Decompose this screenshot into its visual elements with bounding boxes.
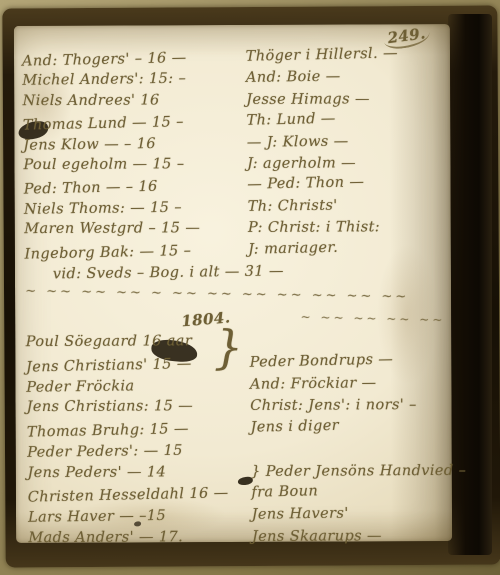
entry-reference: Th: Christs' [248, 194, 447, 218]
entry-name-age: Jens Peders' — 14 [27, 462, 251, 484]
entry-name-age: Jens Christians' 15 — [26, 352, 250, 378]
entry-reference: — Ped: Thon — [247, 171, 446, 196]
squiggle-marks: ~ ~~ ~~ ~~ ~~ [230, 305, 447, 332]
register-section-1804: 1804. ~ ~~ ~~ ~~ ~~ } Poul Söegaard 16 a… [25, 306, 450, 551]
entry-reference: fra Boun [251, 479, 450, 504]
entry-name-age: Niels Andrees' 16 [23, 90, 247, 112]
entry-name-age: And: Thogers' – 16 — [22, 47, 246, 73]
entry-reference: And: Fröckiar — [250, 372, 449, 396]
entry-name-age: Thomas Bruhg: 15 — [27, 418, 251, 444]
register-row: Mads Anders' — 17. Jens Skaarups — [28, 526, 450, 550]
entry-reference: Jens Havers' [252, 502, 451, 526]
entry-reference: Thöger i Hillersl. — [245, 42, 444, 67]
entry-reference: Th: Lund — [246, 107, 445, 132]
entry-name-age: Maren Westgrd – 15 — [24, 218, 248, 240]
entry-name-age: Poul egeholm — 15 – [23, 154, 247, 176]
entry-reference: — J: Klows — [247, 130, 446, 154]
entry-name-age: Mads Anders' — 17. [28, 527, 252, 549]
entry-name-age: Ingeborg Bak: — 15 – [24, 239, 248, 265]
entry-reference: Peder Bondrups — [249, 348, 448, 373]
entry-name-age: Jens Christians: 15 — [27, 396, 251, 418]
entry-reference: Jens Skaarups — [252, 526, 450, 548]
manuscript-page: 249. And: Thogers' – 16 — Thöger i Hille… [14, 24, 452, 543]
entry-name-age: Poul Söegaard 16 aar [26, 331, 250, 353]
entry-reference: Jens i diger [250, 413, 449, 438]
manuscript-photo: 249. And: Thogers' – 16 — Thöger i Hille… [0, 0, 500, 575]
entry-reference [249, 330, 447, 331]
entry-reference: J: mariager. [248, 235, 447, 260]
page-content: 249. And: Thogers' – 16 — Thöger i Hille… [22, 26, 451, 542]
entry-name-age: Lars Haver — –15 [28, 505, 252, 529]
entry-reference: And: Boie — [246, 66, 445, 90]
register-section-pre1804: And: Thogers' – 16 — Thöger i Hillersl. … [22, 44, 447, 311]
entry-name-age: Christen Hesseldahl 16 — [28, 483, 252, 509]
